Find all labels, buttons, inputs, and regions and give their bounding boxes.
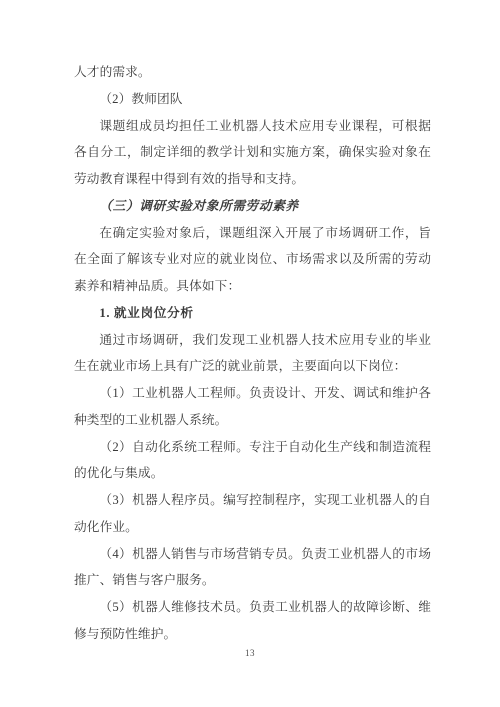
heading-section-three: （三）调研实验对象所需劳动素养 bbox=[74, 193, 431, 220]
paragraph-job-1: （1）工业机器人工程师。负责设计、开发、调试和维护各种类型的工业机器人系统。 bbox=[74, 380, 431, 434]
paragraph-job-5: （5）机器人维修技术员。负责工业机器人的故障诊断、维修与预防性维护。 bbox=[74, 594, 431, 648]
heading-job-analysis: 1. 就业岗位分析 bbox=[74, 300, 431, 327]
subheading-teacher-team: （2）教师团队 bbox=[74, 86, 431, 113]
paragraph-continuation: 人才的需求。 bbox=[74, 59, 431, 86]
document-body: 人才的需求。（2）教师团队课题组成员均担任工业机器人技术应用专业课程，可根据各自… bbox=[74, 59, 431, 648]
document-page: 人才的需求。（2）教师团队课题组成员均担任工业机器人技术应用专业课程，可根据各自… bbox=[0, 0, 500, 707]
page-number: 13 bbox=[0, 648, 500, 658]
paragraph-job-analysis-intro: 通过市场调研，我们发现工业机器人技术应用专业的毕业生在就业市场上具有广泛的就业前… bbox=[74, 327, 431, 381]
paragraph-teacher-team-detail: 课题组成员均担任工业机器人技术应用专业课程，可根据各自分工，制定详细的教学计划和… bbox=[74, 113, 431, 193]
paragraph-job-3: （3）机器人程序员。编写控制程序，实现工业机器人的自动化作业。 bbox=[74, 487, 431, 541]
paragraph-research-intro: 在确定实验对象后，课题组深入开展了市场调研工作，旨在全面了解该专业对应的就业岗位… bbox=[74, 220, 431, 300]
paragraph-job-4: （4）机器人销售与市场营销专员。负责工业机器人的市场推广、销售与客户服务。 bbox=[74, 541, 431, 595]
paragraph-job-2: （2）自动化系统工程师。专注于自动化生产线和制造流程的优化与集成。 bbox=[74, 434, 431, 488]
